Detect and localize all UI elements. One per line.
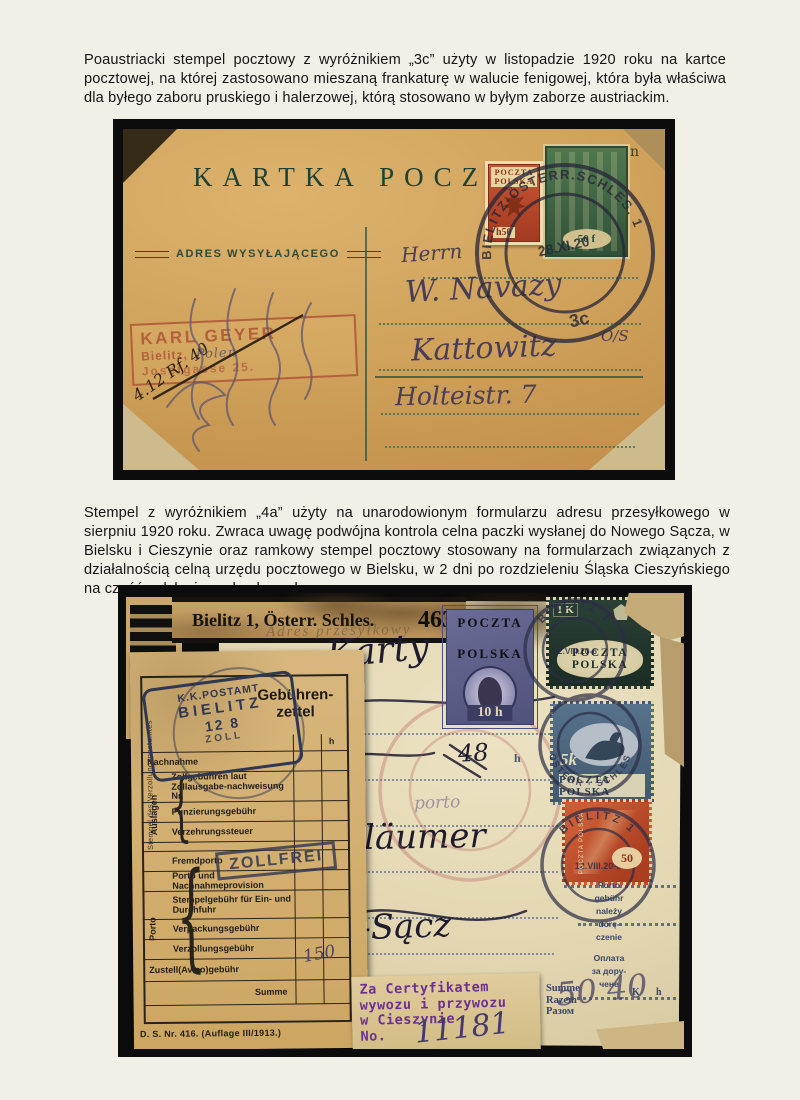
postmark-bielitz-3c: BIELITZ-ÖSTERR.SCHLES. 1 28.XI.20 3c — [449, 137, 665, 369]
address-salutation: Herrn — [400, 239, 463, 267]
fee-row-label: Summe — [249, 987, 352, 998]
currency-h: h — [656, 987, 662, 998]
postcard: Cena 75 fen KARTKA POCZTOW ADRES WYSYŁAJ… — [123, 129, 665, 470]
decorative-rule — [135, 251, 169, 258]
side-line: gebühr — [578, 892, 640, 905]
mount-corner — [123, 129, 177, 183]
svg-text:BIELITZ 1: BIELITZ 1 — [536, 599, 615, 626]
fee-column-h: h — [329, 736, 335, 746]
side-line: Оплата — [578, 952, 640, 965]
group-label-porto: Porto — [147, 917, 157, 941]
postcard-photo: Cena 75 fen KARTKA POCZTOW ADRES WYSYŁAJ… — [113, 119, 675, 480]
fee-row: Verpackungsgebühr — [143, 918, 351, 940]
typed-certificate-label: Za Certyfikatem wywozu i przywozu w Cies… — [351, 973, 541, 1049]
exhibit-page: Poaustriacki stempel pocztowy z wyróżnik… — [0, 0, 800, 1100]
form-dotted-line — [336, 953, 554, 955]
caption-top: Poaustriacki stempel pocztowy z wyróżnik… — [84, 51, 726, 109]
side-line: należy — [578, 905, 640, 918]
total-block: Summe Razem Разом K h 50 40 — [546, 983, 580, 1018]
cds3-ring: BIELITZ 1 — [557, 810, 638, 837]
group-brace — [170, 770, 192, 845]
side-line: dorę- — [578, 918, 640, 931]
sender-address-label: ADRES WYSYŁAJĄCEGO — [176, 248, 340, 260]
svg-text:BIELITZ 1: BIELITZ 1 — [557, 810, 638, 837]
fee-label: Stempel des Verzollungspostamtes Gebühre… — [130, 650, 368, 1049]
side-line: czenie — [578, 931, 640, 944]
cds1-date: 12.VIII.20-6 — [553, 646, 597, 656]
address-dotted-line — [381, 413, 639, 415]
group-brace — [176, 858, 206, 976]
address-solid-line — [375, 376, 643, 378]
fee-form-number: D. S. Nr. 416. (Auflage III/1913.) — [140, 1028, 281, 1039]
card-divider-line — [365, 227, 367, 461]
kk-circle-stamp — [172, 666, 305, 799]
postmarks-bielitz-cds: BIELITZ 1 12.VIII.20-6 ÖSTERR · SCHLES B… — [456, 593, 684, 935]
handwriting-scribbles — [151, 277, 381, 469]
stamp-50h-value: 50 — [612, 847, 642, 869]
fee-row-label: Stempelgebühr für Ein- und Durchfuhr — [142, 894, 298, 915]
fee-row-summe: Summe — [143, 980, 351, 1006]
address-street: Holteistr. 7 — [395, 380, 537, 411]
fee-row: Stempelgebühr für Ein- und Durchfuhr — [142, 890, 350, 920]
parcel-collage: Bielitz 1, Österr. Schles. 463 Adres prz… — [126, 593, 684, 1049]
postmark-date: 28.XI.20 — [536, 233, 591, 260]
sender-address-heading: ADRES WYSYŁAJĄCEGO — [135, 248, 381, 260]
postmark-code: 3c — [567, 308, 591, 332]
address-dotted-line — [385, 446, 635, 448]
cds1-ring: BIELITZ 1 — [536, 599, 615, 626]
address-dotted-line — [379, 369, 641, 371]
parcel-photo: Bielitz 1, Österr. Schles. 463 Adres prz… — [118, 585, 692, 1057]
group-label-auslagen: Auslagen — [149, 795, 159, 836]
stamp-50h-country: POCZTA POLSKA — [579, 812, 585, 874]
decorative-rule — [347, 251, 381, 258]
side-line: Porto — [578, 879, 640, 892]
